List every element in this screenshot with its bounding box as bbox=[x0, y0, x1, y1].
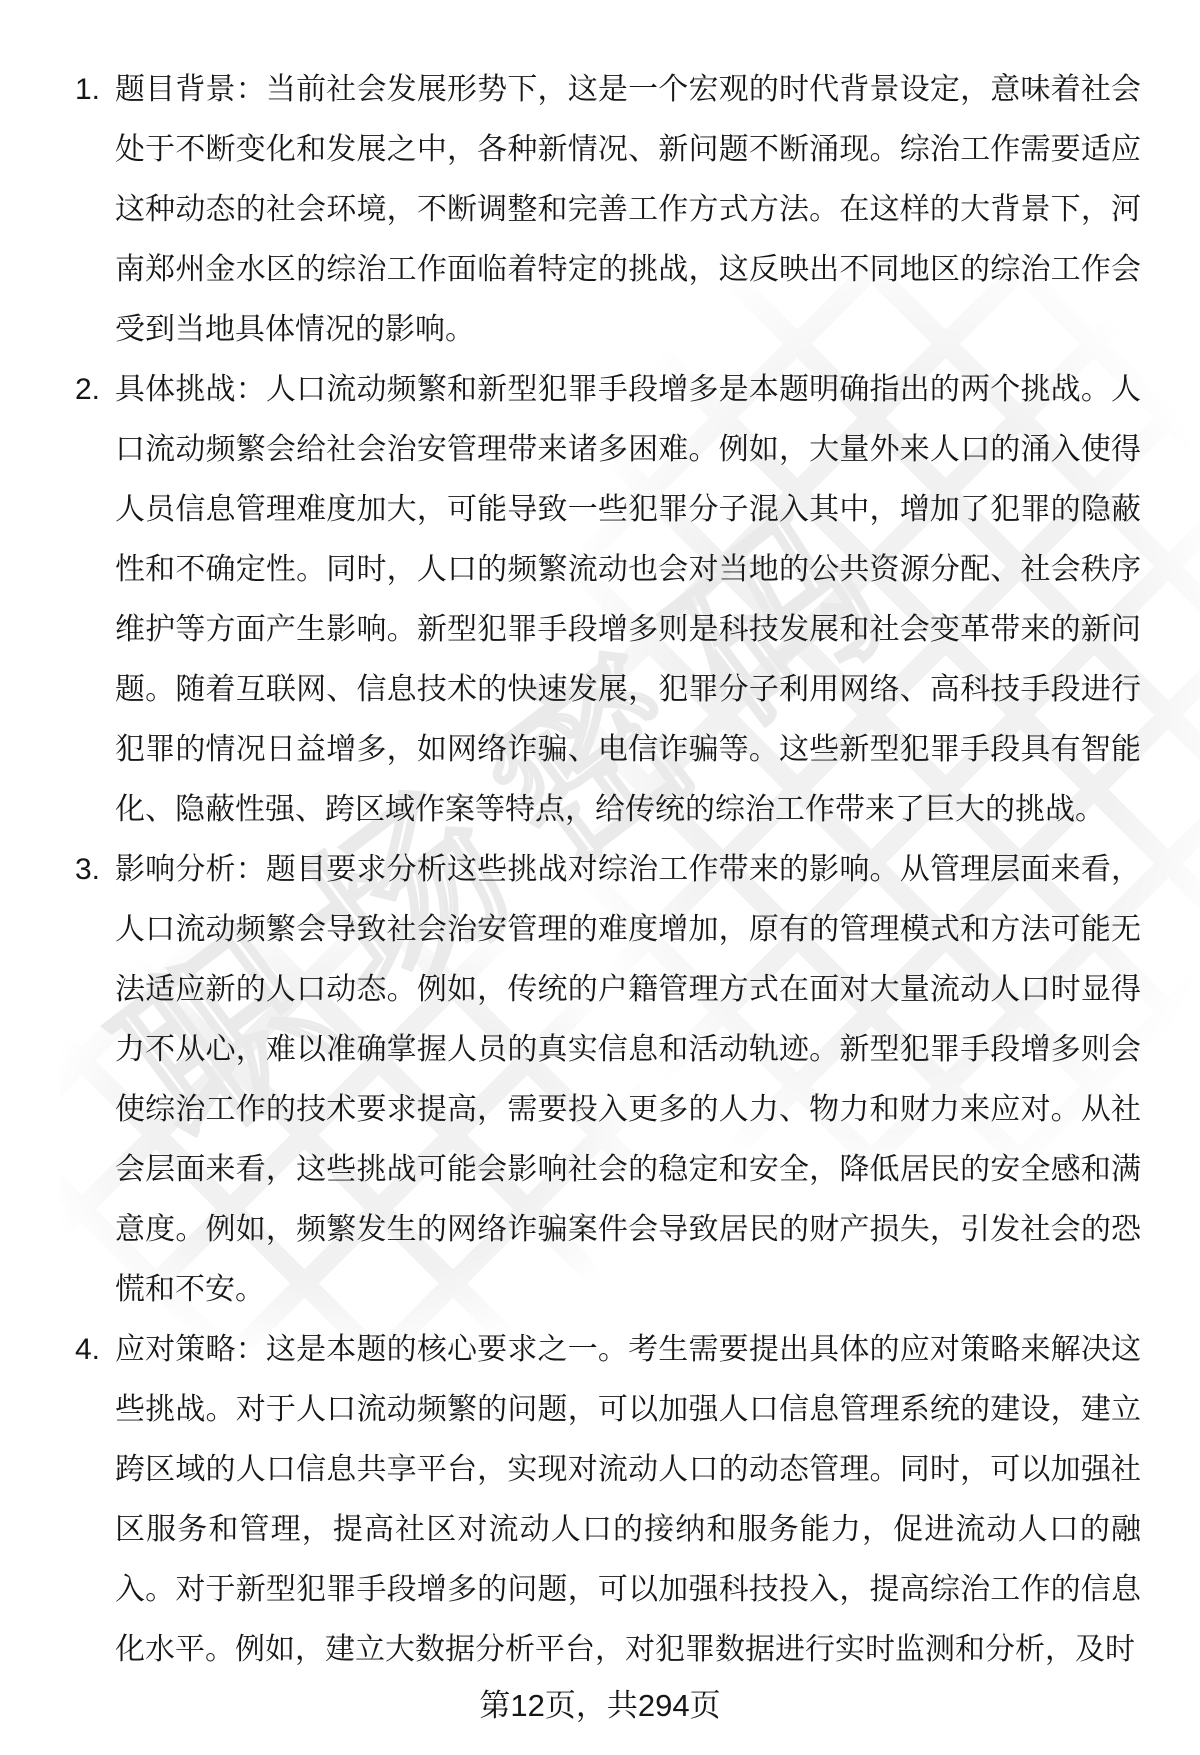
list-item: 2. 具体挑战：人口流动频繁和新型犯罪手段增多是本题明确指出的两个挑战。人口流动… bbox=[75, 360, 1141, 840]
list-item-text: 影响分析：题目要求分析这些挑战对综治工作带来的影响。从管理层面来看，人口流动频繁… bbox=[115, 853, 1141, 1306]
list-item-number: 2. bbox=[75, 360, 100, 420]
list-item-text: 题目背景：当前社会发展形势下，这是一个宏观的时代背景设定，意味着社会处于不断变化… bbox=[115, 73, 1141, 346]
list-item-text: 具体挑战：人口流动频繁和新型犯罪手段增多是本题明确指出的两个挑战。人口流动频繁会… bbox=[115, 373, 1141, 826]
list-item-number: 3. bbox=[75, 840, 100, 900]
analysis-list: 1. 题目背景：当前社会发展形势下，这是一个宏观的时代背景设定，意味着社会处于不… bbox=[75, 60, 1141, 1680]
list-item-number: 4. bbox=[75, 1320, 100, 1380]
page-footer: 第12页，共294页 bbox=[0, 1686, 1200, 1726]
list-item: 3. 影响分析：题目要求分析这些挑战对综治工作带来的影响。从管理层面来看，人口流… bbox=[75, 840, 1141, 1320]
page-number: 第12页，共294页 bbox=[479, 1688, 720, 1723]
list-item-text: 应对策略：这是本题的核心要求之一。考生需要提出具体的应对策略来解决这些挑战。对于… bbox=[115, 1333, 1141, 1666]
list-item-number: 1. bbox=[75, 60, 100, 120]
document-page: { "page": { "background_color": "#ffffff… bbox=[0, 0, 1200, 1755]
list-item: 1. 题目背景：当前社会发展形势下，这是一个宏观的时代背景设定，意味着社会处于不… bbox=[75, 60, 1141, 360]
list-item: 4. 应对策略：这是本题的核心要求之一。考生需要提出具体的应对策略来解决这些挑战… bbox=[75, 1320, 1141, 1680]
